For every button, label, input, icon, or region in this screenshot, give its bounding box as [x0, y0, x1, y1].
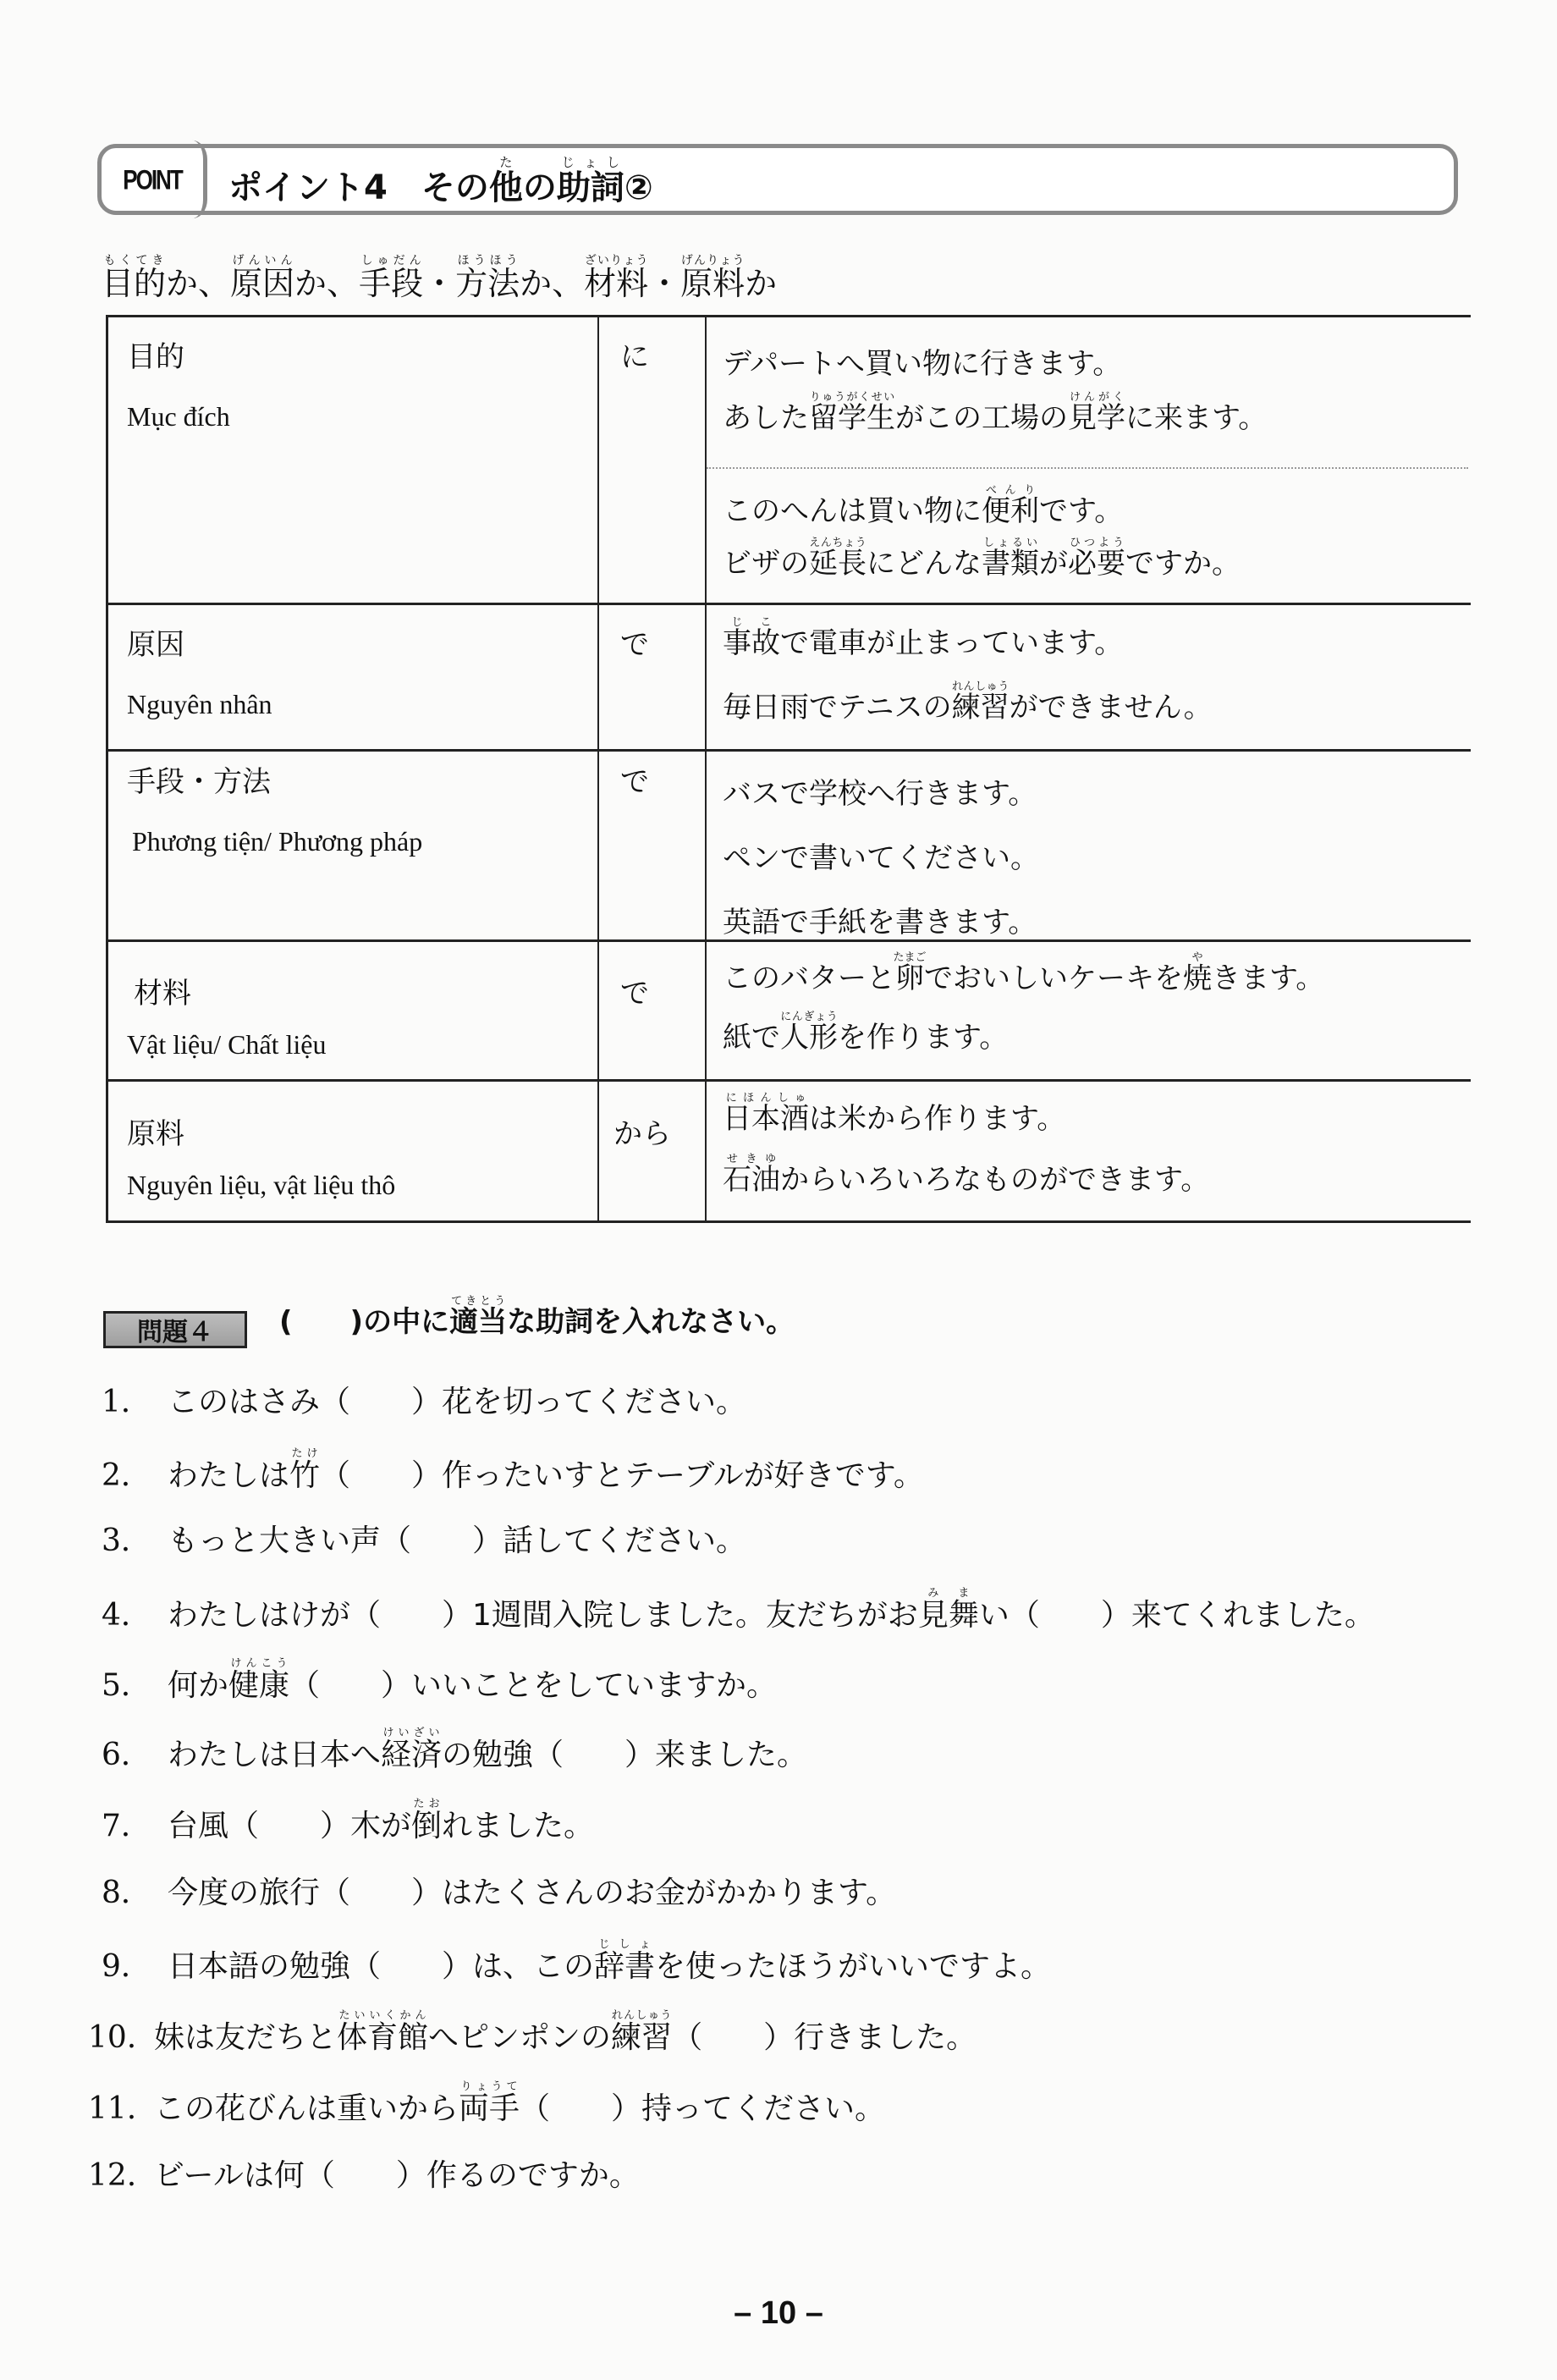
question-number: 3． [102, 1517, 168, 1560]
question-text: わたしは日本へ経済けいざいの勉強（ ）来ました。 [168, 1738, 807, 1772]
question-text: このはさみ（ ）花を切ってください。 [168, 1385, 746, 1419]
column-divider [597, 315, 599, 1223]
row-divider [108, 1079, 1471, 1082]
question-item: 2．わたしは竹たけ（ ）作ったいすとテーブルが好きです。 [102, 1447, 924, 1495]
example-sentence: このバターと卵たまごでおいしいケーキを焼やきます。 [723, 951, 1324, 996]
section-title: ポイント4 その他たの助詞じょし② [228, 155, 653, 213]
question-number: 9． [102, 1942, 168, 1986]
question-number: 4． [102, 1591, 168, 1634]
example-sentence: 紙で人形にんぎょうを作ります。 [723, 1011, 1008, 1055]
question-item: 1．このはさみ（ ）花を切ってください。 [102, 1378, 746, 1421]
question-number: 12. [88, 2158, 154, 2193]
particle: に [620, 340, 649, 375]
table-row-category: 原因 Nguyên nhân [127, 628, 272, 720]
example-sentence: 英語で手紙を書きます。 [723, 899, 1037, 940]
example-sentence: バスで学校へ行きます。 [723, 770, 1037, 812]
question-text: もっと大きい声（ ）話してください。 [168, 1523, 746, 1558]
example-sentence: 毎日雨でテニスの練習れんしゅうができません。 [723, 680, 1213, 725]
question-number: 11. [88, 2091, 154, 2126]
question-text: わたしはけが（ ）1週間入院しました。友だちがお見舞みまい（ ）来てくれました。 [168, 1598, 1375, 1633]
question-number: 5． [102, 1661, 168, 1705]
row-divider [108, 749, 1471, 752]
row-divider [108, 603, 1471, 605]
particle-table: 目的 Mục đích に デパートへ買い物に行きます。 あした留学生りゅうがく… [106, 315, 1471, 1223]
table-border-top [108, 315, 1471, 317]
table-border-bottom [108, 1220, 1471, 1223]
question-number: 10. [88, 2020, 154, 2055]
question-item: 5．何か健康けんこう（ ）いいことをしていますか。 [102, 1657, 777, 1705]
particle: から [613, 1117, 671, 1152]
question-text: わたしは竹たけ（ ）作ったいすとテーブルが好きです。 [168, 1458, 924, 1493]
question-text: この花びんは重いから両手りょうて（ ）持ってください。 [154, 2091, 885, 2126]
question-text: 妹は友だちと体育館たいいくかんへピンポンの練習れんしゅう（ ）行きました。 [154, 2020, 977, 2055]
question-item: 3．もっと大きい声（ ）話してください。 [102, 1517, 746, 1560]
table-row-category: 目的 Mục đích [127, 340, 230, 432]
question-number: 8． [102, 1869, 168, 1912]
table-row-category: 原料 Nguyên liệu, vật liệu thô [127, 1117, 395, 1201]
example-sentence: このへんは買い物に便利べんりです。 [723, 484, 1123, 529]
page-number: – 10 – [0, 2295, 1557, 2332]
question-number: 7． [102, 1802, 168, 1845]
column-divider [705, 315, 707, 1223]
question-number: 1． [102, 1378, 168, 1421]
question-text: 何か健康けんこう（ ）いいことをしていますか。 [168, 1668, 777, 1703]
question-item: 10.妹は友だちと体育館たいいくかんへピンポンの練習れんしゅう（ ）行きました。 [88, 2009, 977, 2057]
example-sentence: 石油せきゆからいろいろなものができます。 [723, 1153, 1209, 1198]
question-item: 7．台風（ ）木が倒たおれました。 [102, 1798, 594, 1845]
question-text: 今度の旅行（ ）はたくさんのお金がかかります。 [168, 1876, 896, 1910]
particle: で [620, 977, 649, 1011]
section-subtitle: 目的もくてきか、原因げんいんか、手段しゅだん・方法ほうほうか、材料ざいりょう・原… [102, 254, 777, 304]
table-row-category: 手段・方法 Phương tiện/ Phương pháp [127, 765, 422, 857]
question-item: 6．わたしは日本へ経済けいざいの勉強（ ）来ました。 [102, 1727, 807, 1774]
example-sentence: あした留学生りゅうがくせいがこの工場の見学けんがくに来ます。 [723, 391, 1267, 436]
example-sentence: 日本酒にほんしゅは米から作ります。 [723, 1092, 1065, 1137]
question-text: ビールは何（ ）作るのですか。 [154, 2158, 640, 2193]
question-text: 日本語の勉強（ ）は、この辞書じしょを使ったほうがいいですよ。 [168, 1949, 1051, 1984]
exercise-instruction: ( )の中に適当てきとうな助詞を入れなさい。 [279, 1295, 795, 1340]
particle: で [620, 628, 649, 663]
question-item: 4．わたしはけが（ ）1週間入院しました。友だちがお見舞みまい（ ）来てくれまし… [102, 1587, 1375, 1634]
row-sub-divider [707, 467, 1468, 469]
question-item: 12.ビールは何（ ）作るのですか。 [88, 2151, 640, 2195]
question-item: 9．日本語の勉強（ ）は、この辞書じしょを使ったほうがいいですよ。 [102, 1938, 1051, 1986]
point-tag: POINT [102, 140, 207, 219]
table-row-category: 材料 Vật liệu/ Chất liệu [134, 977, 327, 1061]
example-sentence: デパートへ買い物に行きます。 [723, 340, 1121, 382]
question-number: 6． [102, 1731, 168, 1774]
particle: で [620, 765, 649, 800]
point-header: POINT ポイント4 その他たの助詞じょし② [97, 144, 1458, 215]
question-item: 11.この花びんは重いから両手りょうて（ ）持ってください。 [88, 2080, 885, 2128]
question-number: 2． [102, 1452, 168, 1495]
example-sentence: ペンで書いてください。 [723, 835, 1039, 876]
exercise-label: 問題４ [103, 1311, 247, 1348]
example-sentence: 事故じこで電車が止まっています。 [723, 616, 1123, 661]
question-item: 8．今度の旅行（ ）はたくさんのお金がかかります。 [102, 1869, 896, 1912]
example-sentence: ビザの延長えんちょうにどんな書類しょるいが必要ひつようですか。 [723, 537, 1241, 581]
question-text: 台風（ ）木が倒たおれました。 [168, 1809, 594, 1843]
